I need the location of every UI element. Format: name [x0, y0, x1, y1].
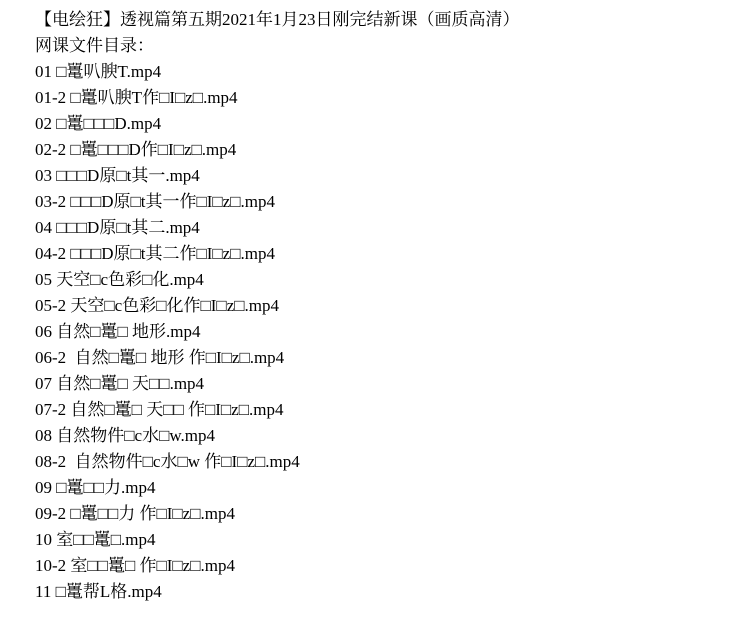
file-list-item: 10 室□□鼍□.mp4	[35, 527, 740, 553]
file-list-item: 04 □□□D原□t其二.mp4	[35, 215, 740, 241]
file-list-item: 09-2 □鼍□□力 作□I□z□.mp4	[35, 501, 740, 527]
file-list-item: 07 自然□鼍□ 天□□.mp4	[35, 371, 740, 397]
file-list-item: 09 □鼍□□力.mp4	[35, 475, 740, 501]
file-list-item: 02 □鼍□□□D.mp4	[35, 111, 740, 137]
file-list-item: 06 自然□鼍□ 地形.mp4	[35, 319, 740, 345]
file-list-item: 04-2 □□□D原□t其二作□I□z□.mp4	[35, 241, 740, 267]
file-list-item: 10-2 室□□鼍□ 作□I□z□.mp4	[35, 553, 740, 579]
file-list-item: 08-2 自然物件□c水□w 作□I□z□.mp4	[35, 449, 740, 475]
file-list-item: 03-2 □□□D原□t其一作□I□z□.mp4	[35, 189, 740, 215]
file-list-item: 01 □鼍叭腴T.mp4	[35, 59, 740, 85]
directory-label: 网课文件目录：	[35, 33, 740, 59]
file-list-item: 05-2 天空□c色彩□化作□I□z□.mp4	[35, 293, 740, 319]
file-list-item: 11 □鼍帮L格.mp4	[35, 579, 740, 605]
file-list-item: 01-2 □鼍叭腴T作□I□z□.mp4	[35, 85, 740, 111]
file-list-item: 03 □□□D原□t其一.mp4	[35, 163, 740, 189]
document-page: 【电绘狂】透视篇第五期2021年1月23日刚完结新课（画质高清） 网课文件目录：…	[0, 0, 750, 640]
file-list-item: 08 自然物件□c水□w.mp4	[35, 423, 740, 449]
file-list-item: 02-2 □鼍□□□D作□I□z□.mp4	[35, 137, 740, 163]
file-list-item: 05 天空□c色彩□化.mp4	[35, 267, 740, 293]
file-list-item: 07-2 自然□鼍□ 天□□ 作□I□z□.mp4	[35, 397, 740, 423]
file-list-item: 06-2 自然□鼍□ 地形 作□I□z□.mp4	[35, 345, 740, 371]
page-title: 【电绘狂】透视篇第五期2021年1月23日刚完结新课（画质高清）	[35, 7, 740, 33]
